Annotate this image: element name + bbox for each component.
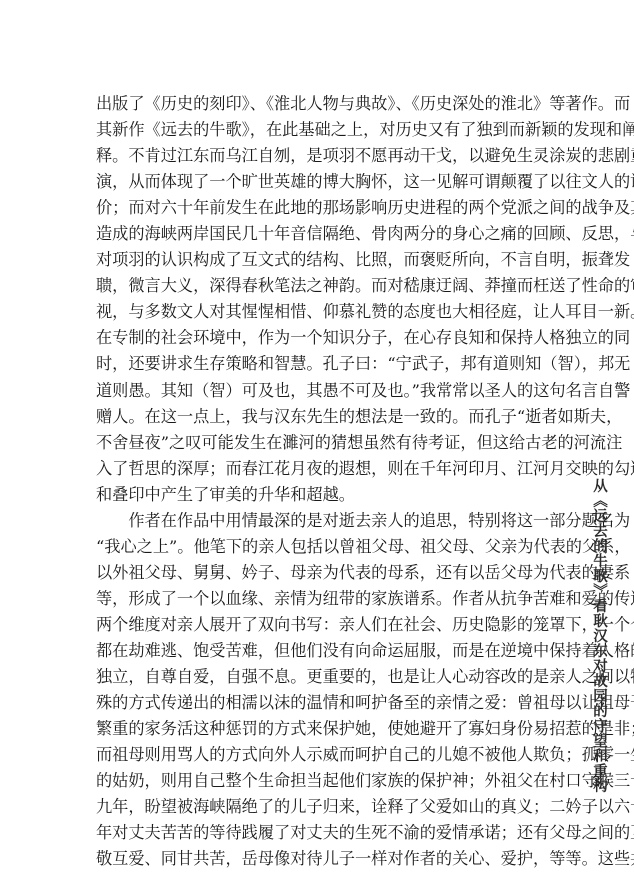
text-line: 等，形成了一个以血缘、亲情为纽带的家族谱系。作者从抗争苦难和爱的传递	[96, 586, 548, 612]
text-line: 以外祖父母、舅舅、妗子、母亲为代表的母系，还有以岳父母为代表的妻系	[96, 560, 548, 586]
text-line: 造成的海峡两岸国民几十年音信隔绝、骨肉两分的身心之痛的回顾、反思，与	[96, 221, 548, 247]
text-line: 聩，微言大义，深得春秋笔法之神韵。而对嵇康迂阔、莽撞而枉送了性命的审	[96, 273, 548, 299]
text-line: 独立，自尊自爱，自强不息。更重要的，也是让人心动容改的是亲人之间以特	[96, 664, 548, 690]
page-number: 3	[592, 773, 600, 790]
text-line: 对项羽的认识构成了互文式的结构、比照，而褒贬所向，不言自明，振聋发	[96, 247, 548, 273]
text-line: 都在劫难逃、饱受苦难，但他们没有向命运屈服，而是在逆境中保持着人格的	[96, 638, 548, 664]
text-line: 年对丈夫苦苦的等待践履了对丈夫的生死不渝的爱情承诺；还有父母之间的互	[96, 820, 548, 846]
text-line: 释。不肯过江东而乌江自刎，是项羽不愿再动干戈，以避免生灵涂炭的悲剧重	[96, 143, 548, 169]
running-title-vertical: 从《远去的牛歌》看耿汉东对故园的守望和重构	[590, 478, 608, 793]
text-line: 两个维度对亲人展开了双向书写：亲人们在社会、历史隐影的笼罩下，一个个	[96, 612, 548, 638]
document-page: 出版了《历史的刻印》、《淮北人物与典故》、《历史深处的淮北》等著作。而 其新作《…	[0, 0, 634, 891]
text-line: “我心之上”。他笔下的亲人包括以曾祖父母、祖父母、父亲为代表的父系，	[96, 534, 548, 560]
text-line: 九年，盼望被海峡隔绝了的儿子归来，诠释了父爱如山的真义；二妗子以六十	[96, 794, 548, 820]
text-line: 价；而对六十年前发生在此地的那场影响历史进程的两个党派之间的战争及其	[96, 195, 548, 221]
text-line: 演，从而体现了一个旷世英雄的博大胸怀，这一见解可谓颠覆了以往文人的评	[96, 169, 548, 195]
body-text: 出版了《历史的刻印》、《淮北人物与典故》、《历史深处的淮北》等著作。而 其新作《…	[96, 91, 548, 872]
text-line: 赠人。在这一点上，我与汉东先生的想法是一致的。而孔子“逝者如斯夫，	[96, 404, 548, 430]
text-line: 和叠印中产生了审美的升华和超越。	[96, 482, 548, 508]
text-line: 不舍昼夜”之叹可能发生在濉河的猜想虽然有待考证，但这给古老的河流注	[96, 430, 548, 456]
text-line: 时，还要讲求生存策略和智慧。孔子曰：“宁武子，邦有道则知（智），邦无	[96, 351, 548, 377]
text-line-paragraph-start: 作者在作品中用情最深的是对逝去亲人的追思，特别将这一部分题名为	[96, 508, 548, 534]
text-line: 在专制的社会环境中，作为一个知识分子，在心存良知和保持人格独立的同	[96, 325, 548, 351]
text-line: 而祖母则用骂人的方式向外人示威而呵护自己的儿媳不被他人欺负；孤零一生	[96, 742, 548, 768]
text-line: 繁重的家务活这种惩罚的方式来保护她，使她避开了寡妇身份易招惹的是非；	[96, 716, 548, 742]
text-line: 道则愚。其知（智）可及也，其愚不可及也。”我常常以圣人的这句名言自警	[96, 378, 548, 404]
text-line: 视，与多数文人对其惺惺相惜、仰慕礼赞的态度也大相径庭，让人耳目一新。	[96, 299, 548, 325]
text-line: 殊的方式传递出的相濡以沫的温情和呵护备至的亲情之爱：曾祖母以让祖母干	[96, 690, 548, 716]
text-line: 敬互爱、同甘共苦，岳母像对待儿子一样对作者的关心、爱护，等等。这些共	[96, 846, 548, 872]
text-line: 出版了《历史的刻印》、《淮北人物与典故》、《历史深处的淮北》等著作。而	[96, 91, 548, 117]
text-line: 入了哲思的深厚；而春江花月夜的遐想，则在千年河印月、江河月交映的勾连	[96, 456, 548, 482]
text-line: 的姑奶，则用自己整个生命担当起他们家族的保护神；外祖父在村口守候三十	[96, 768, 548, 794]
text-line: 其新作《远去的牛歌》，在此基础之上，对历史又有了独到而新颖的发现和阐	[96, 117, 548, 143]
